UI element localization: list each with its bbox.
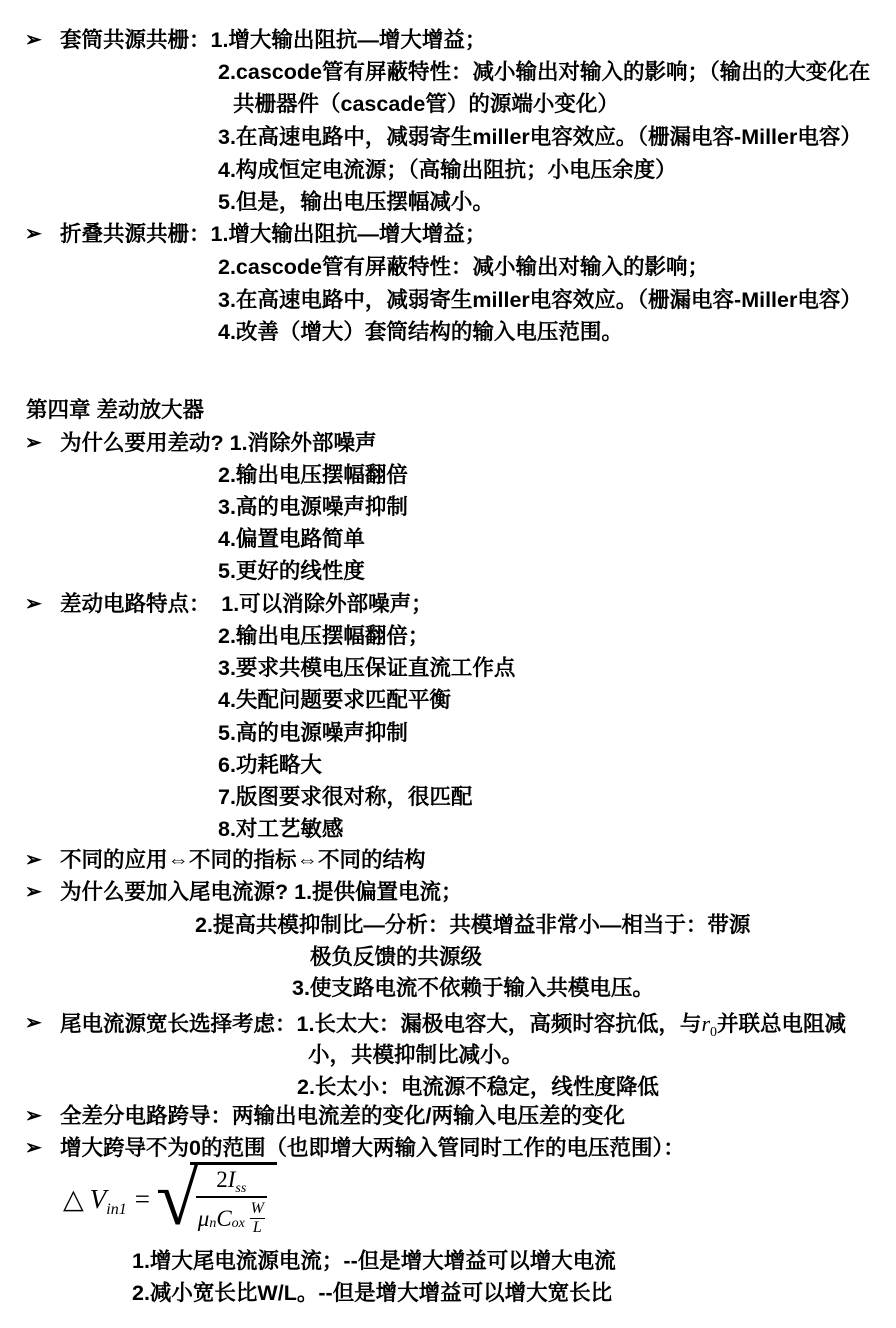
arrow-bullet-icon: ➢ [25, 876, 42, 909]
transconductance-formula: △ V in1 = √ 2Iss μnCox W L [63, 1161, 277, 1239]
w-variable: W [251, 1201, 264, 1218]
cox-subscript: ox [232, 1216, 245, 1232]
line-text: 为什么要加入尾电流源? 1.提供偏置电流； [60, 876, 463, 909]
delta-symbol: △ [63, 1184, 84, 1215]
line-text: 共栅器件（cascade管）的源端小变化） [233, 88, 619, 121]
line-text: 7.版图要求很对称，很匹配 [218, 781, 472, 814]
line-text: 差动电路特点： 1.可以消除外部噪声； [60, 588, 433, 621]
line-text: 小，共模抑制比减小。 [308, 1039, 523, 1072]
line-text: 5.但是，输出电压摆幅减小。 [218, 186, 494, 219]
line-text: 全差分电路跨导：两输出电流差的变化/两输入电压差的变化 [60, 1100, 625, 1133]
radicand: 2Iss μnCox W L [190, 1162, 277, 1239]
line-text: 3.在高速电路中，减弱寄生miller电容效应。（栅漏电容-Miller电容） [218, 284, 862, 317]
arrow-bullet-icon: ➢ [25, 218, 42, 251]
formula-lhs: △ V in1 = [63, 1184, 150, 1215]
note-line: ➢为什么要用差动? 1.消除外部噪声 [0, 427, 896, 460]
note-line: 4.改善（增大）套筒结构的输入电压范围。 [0, 316, 896, 349]
note-line: 小，共模抑制比减小。 [0, 1039, 896, 1072]
w-over-l-fraction: W L [250, 1201, 265, 1237]
line-text: 极负反馈的共源级 [310, 941, 482, 974]
note-line: 2.cascode管有屏蔽特性：减小输出对输入的影响；（输出的大变化在 [0, 56, 896, 89]
line-text: 3.高的电源噪声抑制 [218, 491, 408, 524]
line-text: 3.要求共模电压保证直流工作点 [218, 652, 515, 685]
arrow-bullet-icon: ➢ [25, 844, 42, 877]
note-line: 6.功耗略大 [0, 749, 896, 782]
note-line: ➢差动电路特点： 1.可以消除外部噪声； [0, 588, 896, 621]
mu-symbol: μ [198, 1206, 210, 1232]
chapter-heading: 第四章 差动放大器 [0, 394, 896, 427]
note-line: 4.失配问题要求匹配平衡 [0, 684, 896, 717]
line-text: 1.增大尾电流源电流；--但是增大增益可以增大电流 [132, 1245, 616, 1278]
line-text: 4.构成恒定电流源；（高输出阻抗；小电压余度） [218, 154, 677, 187]
note-line: 3.要求共模电压保证直流工作点 [0, 652, 896, 685]
note-line: 2.提高共模抑制比—分析：共模增益非常小—相当于：带源 [0, 909, 896, 942]
arrow-bullet-icon: ➢ [25, 1132, 42, 1165]
arrow-bullet-icon: ➢ [25, 1100, 42, 1133]
note-line: 5.更好的线性度 [0, 555, 896, 588]
numerator-coefficient: 2 [216, 1167, 228, 1193]
line-text: 2.减小宽长比W/L。--但是增大增益可以增大宽长比 [132, 1277, 612, 1310]
equals-sign: = [135, 1184, 150, 1215]
formula-variable-subscript: in1 [106, 1201, 126, 1219]
note-line: 共栅器件（cascade管）的源端小变化） [0, 88, 896, 121]
line-text: 4.失配问题要求匹配平衡 [218, 684, 451, 717]
line-text: 2.输出电压摆幅翻倍 [218, 459, 408, 492]
arrow-bullet-icon: ➢ [25, 588, 42, 621]
note-line: 极负反馈的共源级 [0, 941, 896, 974]
formula-variable: V [90, 1184, 107, 1215]
line-text: 6.功耗略大 [218, 749, 322, 782]
line-text: 3.在高速电路中，减弱寄生miller电容效应。（栅漏电容-Miller电容） [218, 121, 862, 154]
note-line: 3.在高速电路中，减弱寄生miller电容效应。（栅漏电容-Miller电容） [0, 284, 896, 317]
line-text: 4.改善（增大）套筒结构的输入电压范围。 [218, 316, 623, 349]
note-line: ➢折叠共源共栅：1.增大输出阻抗—增大增益； [0, 218, 896, 251]
line-text: 5.更好的线性度 [218, 555, 365, 588]
note-line: 3.高的电源噪声抑制 [0, 491, 896, 524]
line-text: 2.cascode管有屏蔽特性：减小输出对输入的影响；（输出的大变化在 [218, 56, 870, 89]
note-line: 2.输出电压摆幅翻倍 [0, 459, 896, 492]
line-text: 2.cascode管有屏蔽特性：减小输出对输入的影响； [218, 251, 709, 284]
note-line: ➢套筒共源共栅：1.增大输出阻抗—增大增益； [0, 24, 896, 57]
note-line: 2.cascode管有屏蔽特性：减小输出对输入的影响； [0, 251, 896, 284]
math-variable: r [701, 1011, 710, 1036]
line-text: 5.高的电源噪声抑制 [218, 717, 408, 750]
fraction-denominator: μnCox W L [196, 1196, 267, 1239]
line-text: 套筒共源共栅：1.增大输出阻抗—增大增益； [60, 24, 486, 57]
line-text: 不同的应用⇔不同的指标⇔不同的结构 [60, 844, 426, 877]
math-variable: 0 [710, 1025, 717, 1040]
line-text: 4.偏置电路简单 [218, 523, 365, 556]
arrow-bullet-icon: ➢ [25, 1007, 42, 1040]
mu-subscript: n [209, 1216, 216, 1232]
note-line: 1.增大尾电流源电流；--但是增大增益可以增大电流 [0, 1245, 896, 1278]
fraction-numerator: 2Iss [212, 1167, 250, 1196]
note-line: 5.但是，输出电压摆幅减小。 [0, 186, 896, 219]
line-text: 2.提高共模抑制比—分析：共模增益非常小—相当于：带源 [195, 909, 750, 942]
note-line: 4.偏置电路简单 [0, 523, 896, 556]
line-text: 第四章 差动放大器 [26, 394, 204, 427]
note-line: ➢不同的应用⇔不同的指标⇔不同的结构 [0, 844, 896, 877]
note-line: 4.构成恒定电流源；（高输出阻抗；小电压余度） [0, 154, 896, 187]
note-line: ➢为什么要加入尾电流源? 1.提供偏置电流； [0, 876, 896, 909]
note-line: 8.对工艺敏感 [0, 813, 896, 846]
note-line: 3.在高速电路中，减弱寄生miller电容效应。（栅漏电容-Miller电容） [0, 121, 896, 154]
fraction: 2Iss μnCox W L [196, 1167, 267, 1239]
line-text: 3.使支路电流不依赖于输入共模电压。 [292, 972, 654, 1005]
note-line: 2.输出电压摆幅翻倍； [0, 620, 896, 653]
note-line: ➢尾电流源宽长选择考虑：1.长太大：漏极电容大，高频时容抗低，与r0并联总电阻减 [0, 1007, 896, 1040]
note-line: ➢全差分电路跨导：两输出电流差的变化/两输入电压差的变化 [0, 1100, 896, 1133]
text-segment: 并联总电阻减 [717, 1012, 846, 1036]
line-text: 2.输出电压摆幅翻倍； [218, 620, 429, 653]
arrow-bullet-icon: ➢ [25, 24, 42, 57]
line-text: 为什么要用差动? 1.消除外部噪声 [60, 427, 377, 460]
note-line: 2.减小宽长比W/L。--但是增大增益可以增大宽长比 [0, 1277, 896, 1310]
notes-page: ➢套筒共源共栅：1.增大输出阻抗—增大增益；2.cascode管有屏蔽特性：减小… [0, 0, 896, 1328]
note-line: 5.高的电源噪声抑制 [0, 717, 896, 750]
line-text: 折叠共源共栅：1.增大输出阻抗—增大增益； [60, 218, 486, 251]
l-variable: L [250, 1218, 265, 1237]
arrow-bullet-icon: ➢ [25, 427, 42, 460]
text-segment: 尾电流源宽长选择考虑：1.长太大：漏极电容大，高频时容抗低，与 [60, 1012, 701, 1036]
square-root: √ 2Iss μnCox W L [156, 1161, 277, 1239]
numerator-subscript: ss [235, 1181, 246, 1197]
numerator-variable: I [228, 1167, 236, 1193]
cox-variable: C [216, 1206, 231, 1232]
note-line: 7.版图要求很对称，很匹配 [0, 781, 896, 814]
line-text: 8.对工艺敏感 [218, 813, 343, 846]
note-line: 3.使支路电流不依赖于输入共模电压。 [0, 972, 896, 1005]
